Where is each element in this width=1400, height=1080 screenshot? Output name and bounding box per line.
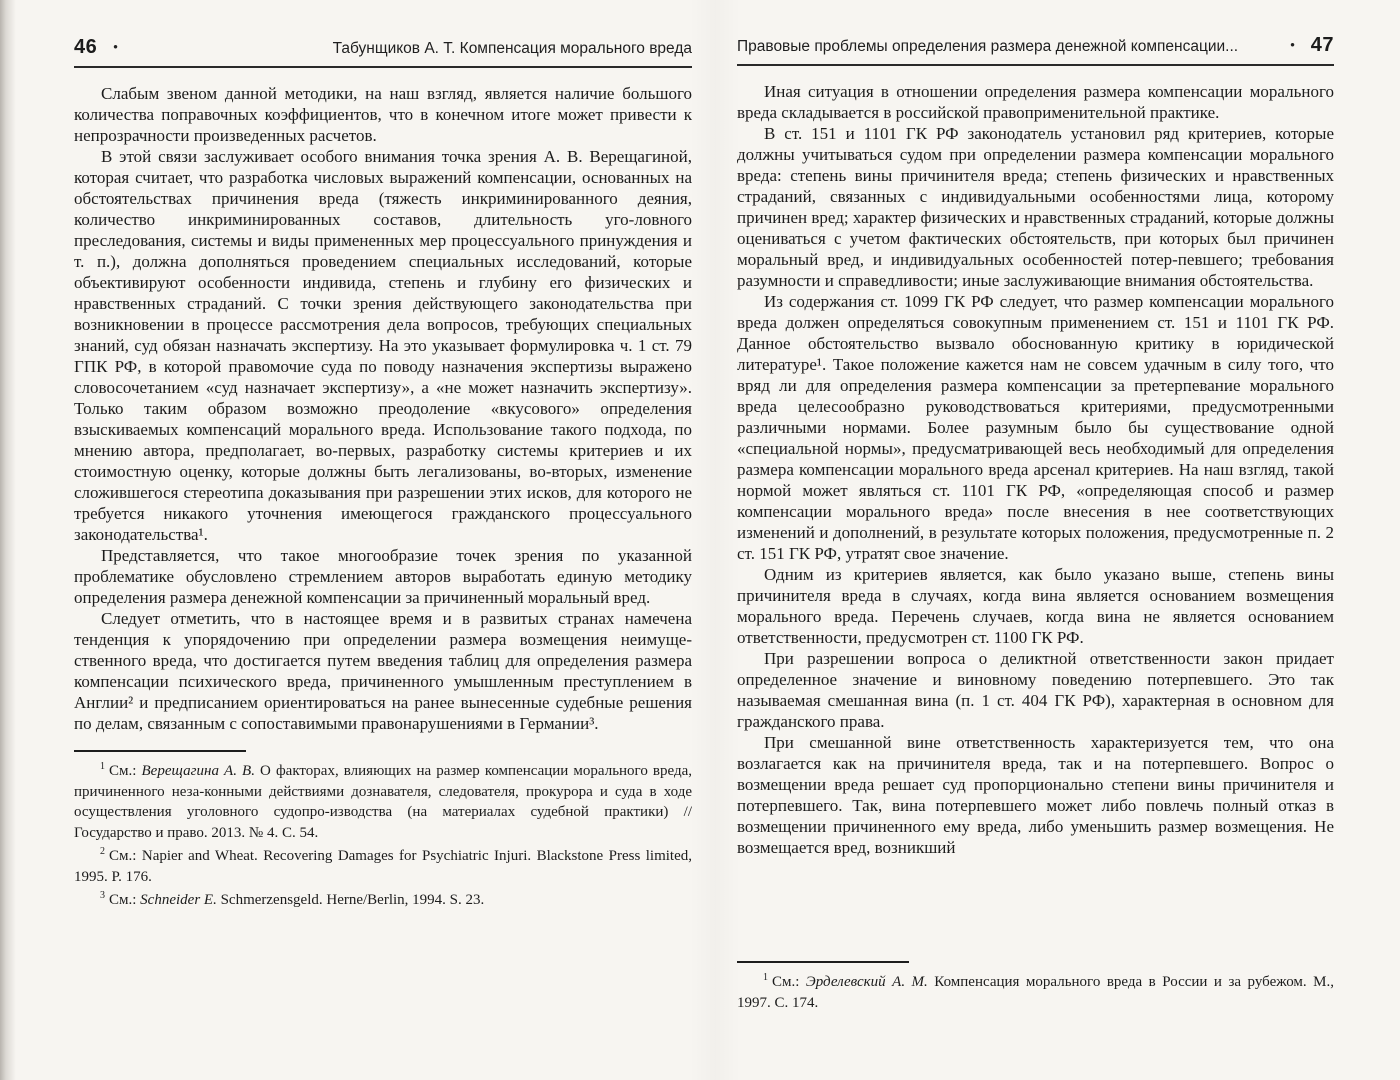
page-header-right: Правовые проблемы определения размера де…	[737, 34, 1334, 66]
footnote-marker: 3	[100, 890, 105, 901]
footnote: 2См.: Napier and Wheat. Recovering Damag…	[74, 846, 692, 887]
running-title-right: Правовые проблемы определения размера де…	[737, 38, 1238, 56]
footnote-author: Schneider E.	[140, 892, 217, 908]
header-bullet-icon: •	[1290, 37, 1295, 52]
footnote-rule	[74, 750, 246, 752]
footnote: 1См.: Эрделевский А. М. Компенсация мора…	[737, 972, 1334, 1013]
footnote-lead: См.:	[109, 763, 142, 779]
running-title-left: Табунщиков А. Т. Компенсация морального …	[333, 40, 692, 58]
page-number-right: 47	[1311, 34, 1334, 57]
footnote-marker: 2	[100, 846, 105, 857]
body-text-right: Иная ситуация в отношении определения ра…	[737, 81, 1334, 858]
body-paragraph: Из содержания ст. 1099 ГК РФ следует, чт…	[737, 291, 1334, 564]
book-spread: 46 • Табунщиков А. Т. Компенсация мораль…	[0, 0, 1400, 1080]
body-text-left: Слабым звеном данной методики, на наш вз…	[74, 83, 692, 734]
body-paragraph: Представляется, что такое многообразие т…	[74, 545, 692, 608]
body-paragraph: В этой связи заслуживает особого внимани…	[74, 146, 692, 545]
body-paragraph: Одним из критериев является, как было ук…	[737, 564, 1334, 648]
footnote-author: Эрделевский А. М.	[806, 974, 928, 990]
footnote-text: Schmerzensgeld. Herne/Berlin, 1994. S. 2…	[217, 892, 484, 908]
body-paragraph: При смешанной вине ответственность харак…	[737, 732, 1334, 858]
footnote-marker: 1	[763, 972, 768, 983]
page-left: 46 • Табунщиков А. Т. Компенсация мораль…	[74, 36, 692, 1056]
page-header-left: 46 • Табунщиков А. Т. Компенсация мораль…	[74, 36, 692, 68]
footnote-lead: См.:	[109, 848, 142, 864]
body-paragraph: При разрешении вопроса о деликтной ответ…	[737, 648, 1334, 732]
footnote-text: Napier and Wheat. Recovering Damages for…	[74, 848, 692, 885]
body-paragraph: Слабым звеном данной методики, на наш вз…	[74, 83, 692, 146]
footnote: 1См.: Верещагина А. В. О факторах, влияю…	[74, 761, 692, 843]
header-bullet-icon: •	[113, 39, 118, 54]
page-number-left: 46	[74, 36, 97, 59]
footnote-lead: См.:	[109, 892, 140, 908]
footnote-author: Верещагина А. В.	[142, 763, 255, 779]
footnote-rule	[737, 961, 909, 963]
footnote-lead: См.:	[772, 974, 806, 990]
footnotes-left: 1См.: Верещагина А. В. О факторах, влияю…	[74, 750, 692, 914]
body-paragraph: Иная ситуация в отношении определения ра…	[737, 81, 1334, 123]
body-paragraph: В ст. 151 и 1101 ГК РФ законодатель уста…	[737, 123, 1334, 291]
footnotes-right: 1См.: Эрделевский А. М. Компенсация мора…	[737, 961, 1334, 1016]
footnote: 3См.: Schneider E. Schmerzensgeld. Herne…	[74, 890, 692, 911]
page-right: Правовые проблемы определения размера де…	[737, 34, 1334, 1060]
footnote-marker: 1	[100, 761, 105, 772]
body-paragraph: Следует отметить, что в настоящее время …	[74, 608, 692, 734]
